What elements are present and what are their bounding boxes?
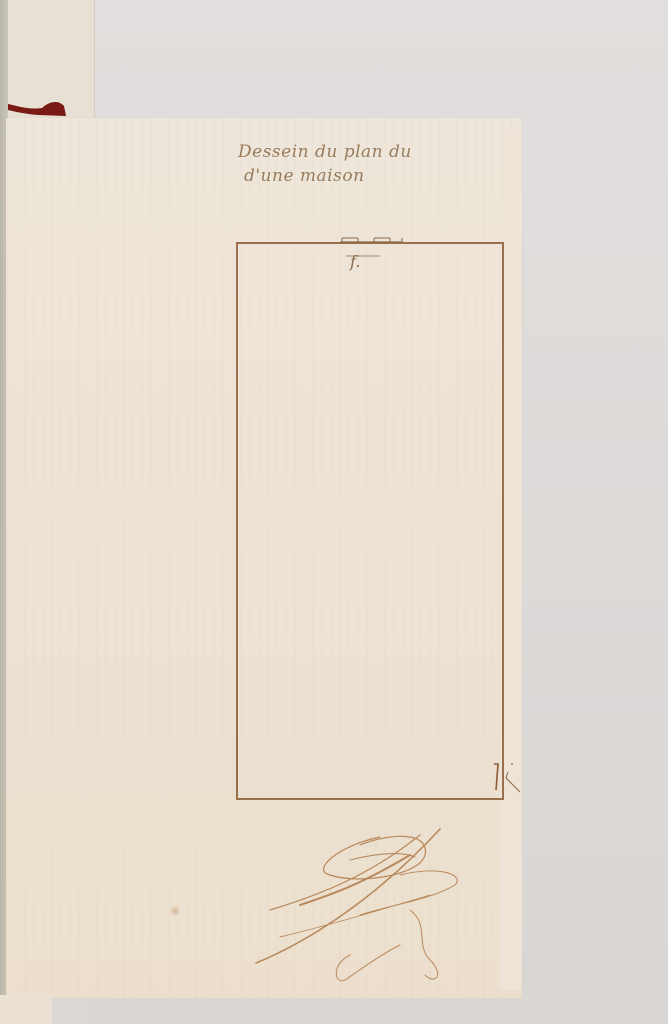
title-line-1: Dessein du plan du <box>238 140 518 164</box>
title-line-2: d'une maison <box>238 164 518 188</box>
north-mark-icon <box>488 756 528 796</box>
handwritten-title: Dessein du plan du d'une maison <box>238 140 518 202</box>
ink-stain <box>170 905 180 917</box>
floor-plan-rectangle <box>236 242 504 800</box>
wax-seal-fragment <box>8 100 66 118</box>
sheet-bottom-edge <box>0 995 52 1024</box>
scale-bar-icon <box>336 232 406 276</box>
signature-flourish <box>250 815 480 990</box>
scale-label: f. <box>350 252 360 271</box>
